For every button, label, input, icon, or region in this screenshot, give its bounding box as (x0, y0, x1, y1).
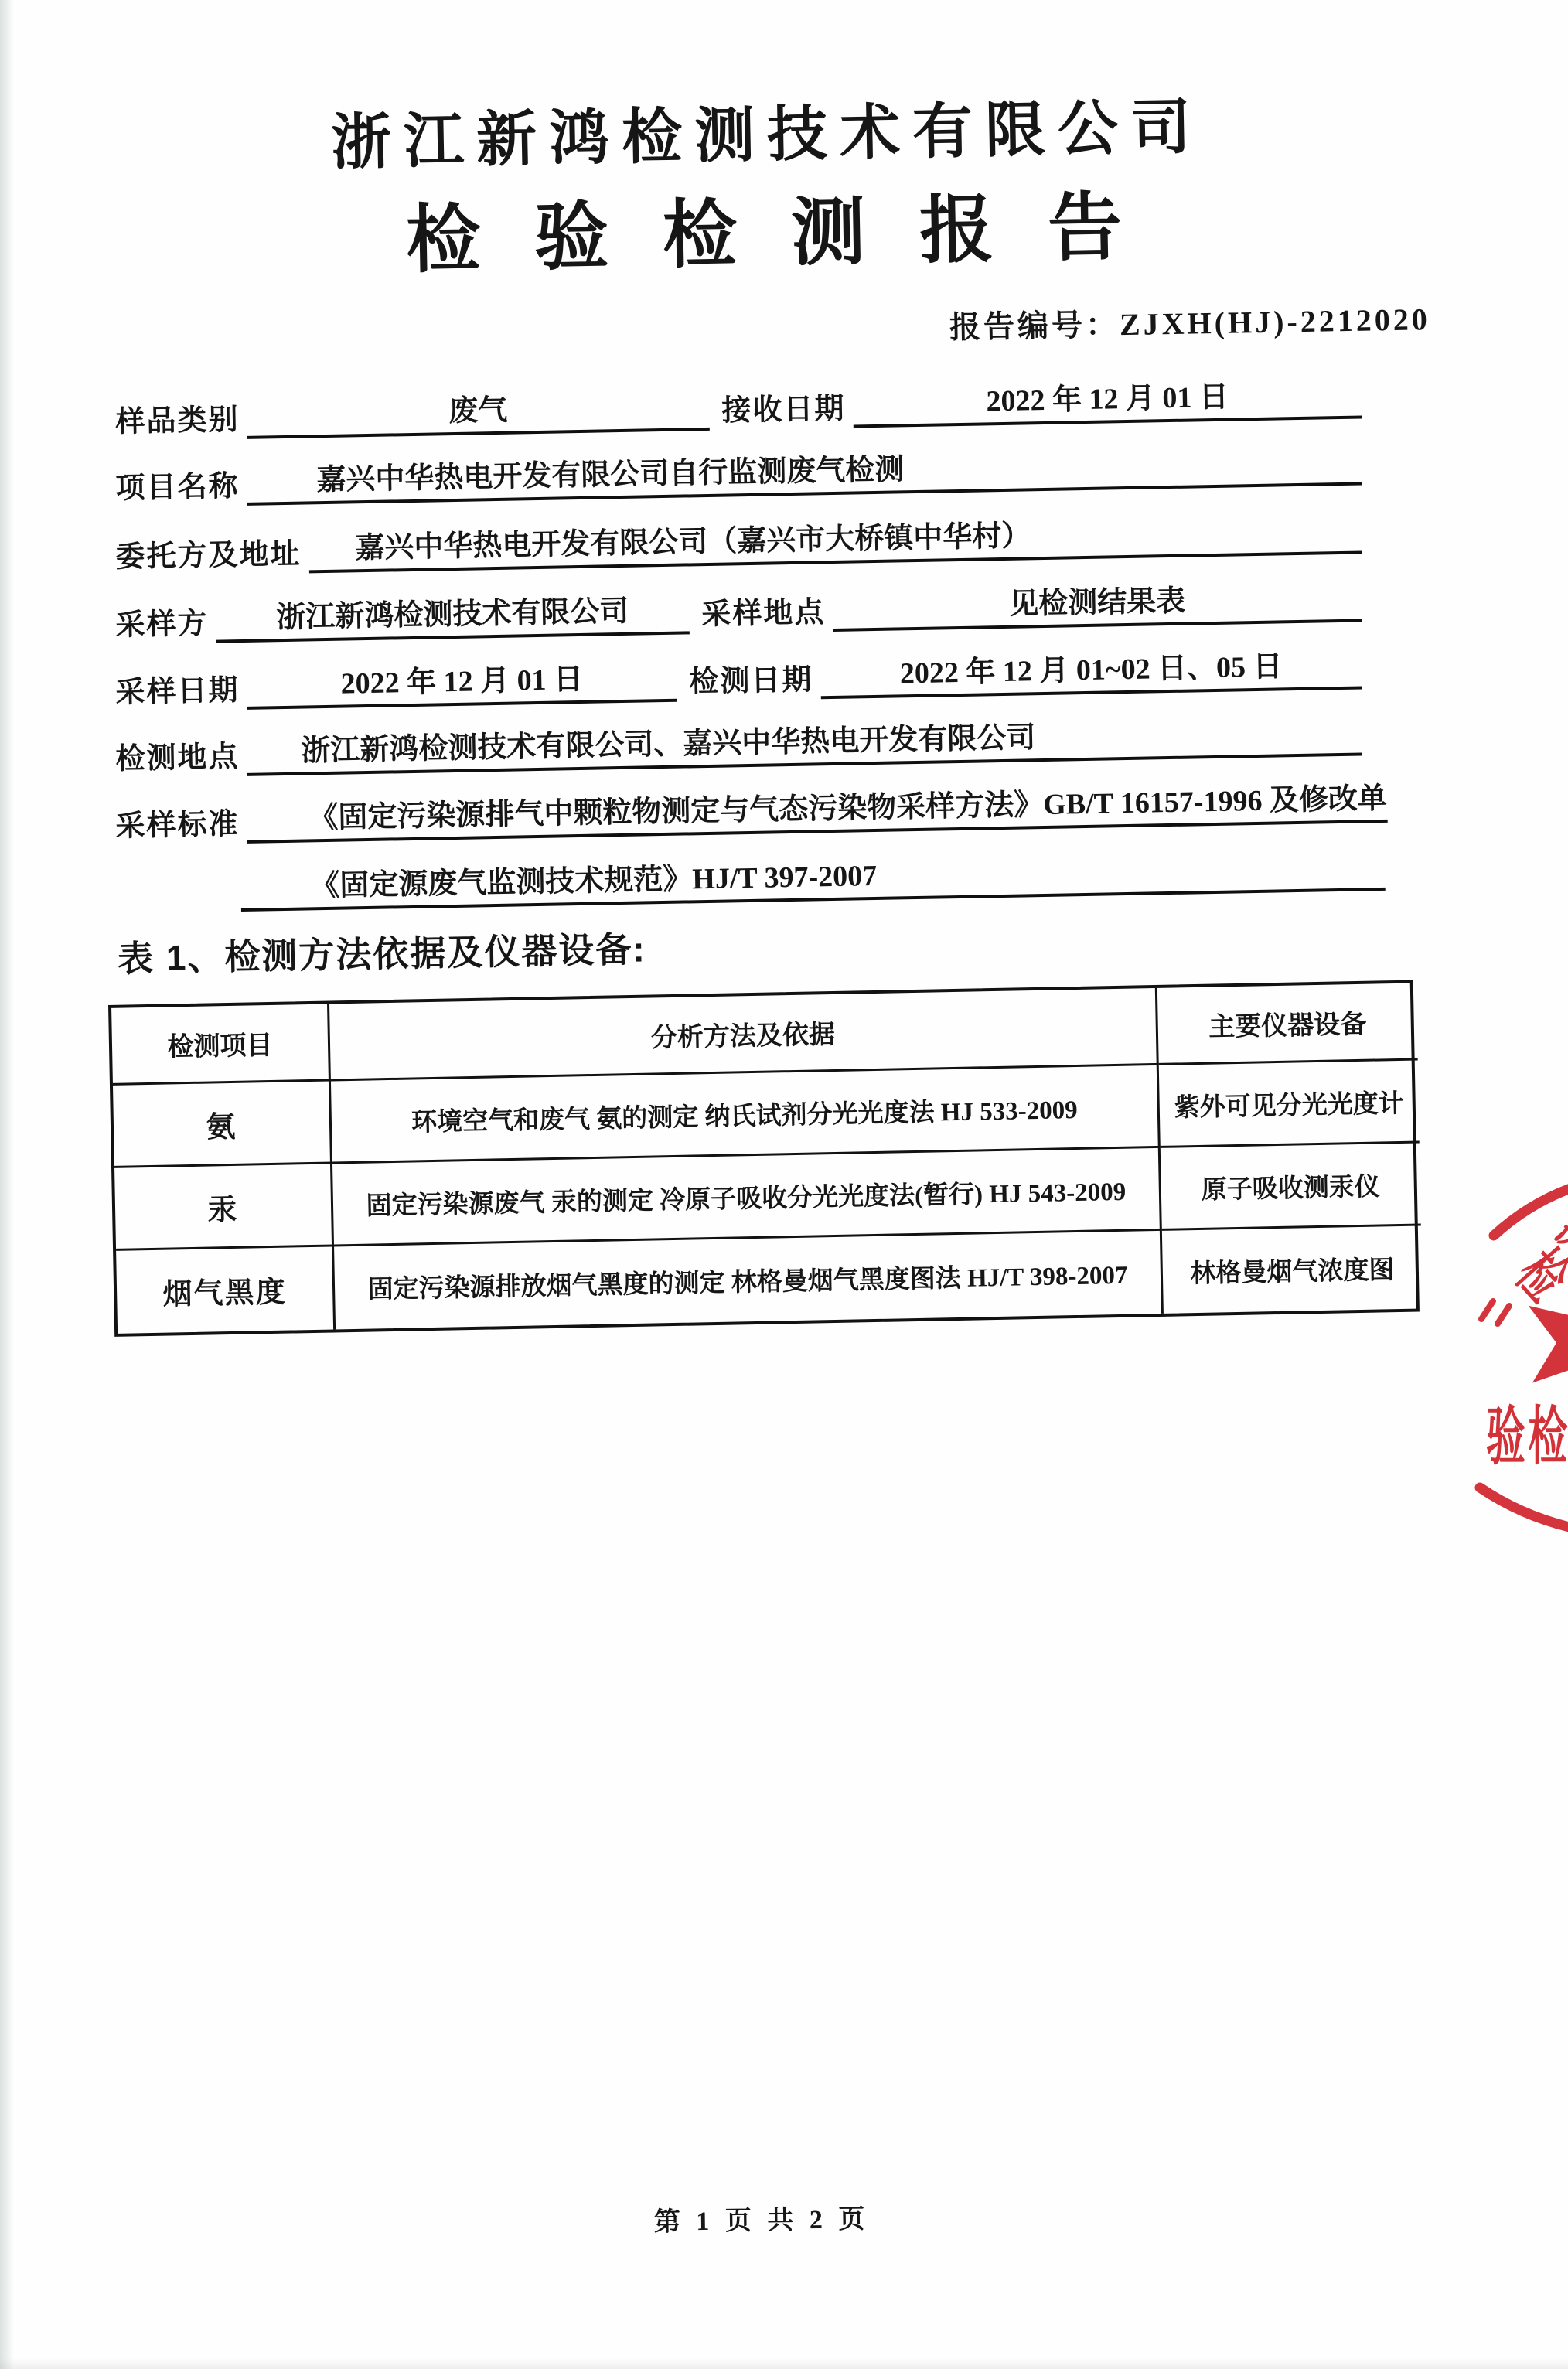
field-value-underlined: 嘉兴中华热电开发有限公司自行监测废气检测 (247, 436, 1362, 505)
field-label: 检测地点 (115, 732, 247, 779)
scanned-report-page: 浙江新鸿检测技术有限公司 检验检测报告 报告编号：ZJXH(HJ)-221202… (0, 0, 1568, 2369)
table-cell-method: 固定污染源废气 汞的测定 冷原子吸收分光光度法(暂行) HJ 543-2009 (332, 1148, 1162, 1247)
field-value-underlined: 《固定污染源排气中颗粒物测定与气态污染物采样方法》GB/T 16157-1996… (247, 774, 1388, 844)
table-cell-item: 烟气黑度 (116, 1246, 336, 1333)
table-cell-item: 汞 (114, 1164, 334, 1250)
table-cell-instrument: 紫外可见分光光度计 (1159, 1060, 1420, 1147)
field-value-underlined: 浙江新鸿检测技术有限公司、嘉兴中华热电开发有限公司 (247, 707, 1362, 775)
scan-bottom-edge-shadow (0, 2358, 1568, 2369)
field-row-client-address: 委托方及地址 嘉兴中华热电开发有限公司（嘉兴市大桥镇中华村） (115, 503, 1362, 577)
methods-table: 检测项目 分析方法及依据 主要仪器设备 氨 环境空气和废气 氨的测定 纳氏试剂分… (108, 980, 1420, 1337)
field-value-underlined: 见检测结果表 (833, 573, 1362, 632)
report-number-value: ZJXH(HJ)-2212020 (1120, 302, 1430, 342)
field-label: 检测日期 (677, 655, 821, 701)
seal-arc-tick-marks (1481, 1301, 1509, 1324)
field-row-project-name: 项目名称 嘉兴中华热电开发有限公司自行监测废气检测 (115, 434, 1362, 508)
field-label: 采样日期 (115, 666, 247, 712)
field-value-underlined: 2022 年 12 月 01~02 日、05 日 (820, 640, 1362, 699)
field-row-sampling-standard-2: 《固定源废气监测技术规范》HJ/T 397-2007 (115, 840, 1362, 914)
report-number-line: 报告编号：ZJXH(HJ)-2212020 (949, 295, 1431, 347)
table-header-cell: 主要仪器设备 (1157, 983, 1418, 1065)
field-label: 项目名称 (115, 462, 247, 508)
table-cell-instrument: 林格曼烟气浓度图 (1162, 1225, 1423, 1313)
field-row-sampling-standard: 采样标准 《固定污染源排气中颗粒物测定与气态污染物采样方法》GB/T 16157… (115, 772, 1384, 846)
red-seal-stamp: 检 测 验检测 (1438, 1121, 1568, 1585)
field-value-underlined: 2022 年 12 月 01 日 (853, 370, 1362, 428)
field-row-test-site: 检测地点 浙江新鸿检测技术有限公司、嘉兴中华热电开发有限公司 (115, 704, 1362, 779)
scan-left-edge-shadow (0, 0, 14, 2369)
field-value-underlined: 嘉兴中华热电开发有限公司（嘉兴市大桥镇中华村） (308, 505, 1362, 573)
table1-caption: 表 1、检测方法依据及仪器设备: (117, 921, 646, 982)
field-value-underlined: 2022 年 12 月 01 日 (247, 653, 677, 710)
table-cell-method: 固定污染源排放烟气黑度的测定 林格曼烟气黑度图法 HJ/T 398-2007 (334, 1231, 1164, 1330)
indent-spacer (116, 912, 241, 914)
table-cell-instrument: 原子吸收测汞仪 (1161, 1143, 1421, 1230)
field-label: 采样标准 (115, 799, 247, 846)
field-value-underlined: 浙江新鸿检测技术有限公司 (216, 585, 690, 643)
field-label: 委托方及地址 (115, 529, 309, 577)
table-cell-item: 氨 (113, 1081, 332, 1167)
table-cell-method: 环境空气和废气 氨的测定 纳氏试剂分光光度法 HJ 533-2009 (331, 1065, 1161, 1164)
field-row-sample-type: 样品类别 废气 接收日期 2022 年 12 月 01 日 (115, 367, 1362, 441)
field-label: 接收日期 (709, 384, 854, 431)
seal-horizontal-text: 验检测 (1486, 1402, 1568, 1472)
field-label: 采样方 (115, 599, 216, 645)
field-row-sampler: 采样方 浙江新鸿检测技术有限公司 采样地点 见检测结果表 (115, 571, 1362, 645)
field-value-underlined: 废气 (247, 382, 710, 439)
field-value-underlined: 《固定源废气监测技术规范》HJ/T 397-2007 (240, 842, 1386, 912)
report-number-label: 报告编号： (949, 307, 1120, 345)
seal-ring-bottom-arc (1480, 1488, 1568, 1536)
field-label: 样品类别 (115, 395, 247, 441)
seal-ring-top-arc (1494, 1174, 1568, 1236)
field-label: 采样地点 (689, 588, 833, 634)
table-header-cell: 检测项目 (111, 1004, 331, 1086)
page-number: 第 1 页 共 2 页 (0, 2188, 1546, 2248)
field-row-sampling-date: 采样日期 2022 年 12 月 01 日 检测日期 2022 年 12 月 0… (115, 638, 1362, 712)
